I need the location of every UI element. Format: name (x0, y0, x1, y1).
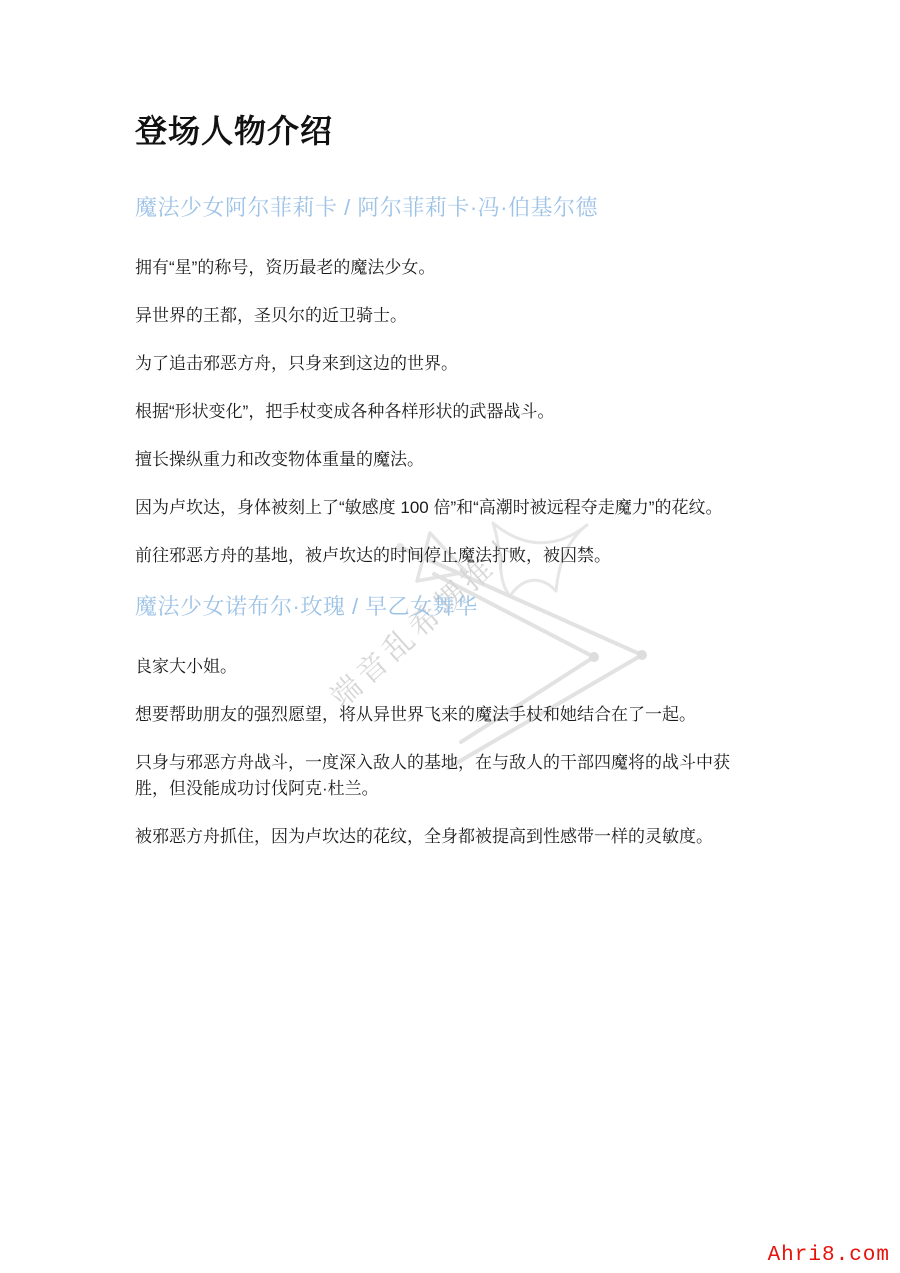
paragraph: 根据“形状变化”，把手杖变成各种各样形状的武器战斗。 (135, 399, 750, 425)
paragraph: 被邪恶方舟抓住，因为卢坎达的花纹，全身都被提高到性感带一样的灵敏度。 (135, 824, 750, 850)
paragraph: 只身与邪恶方舟战斗，一度深入敌人的基地，在与敌人的干部四魔将的战斗中获胜，但没能… (135, 750, 750, 802)
page-title: 登场人物介绍 (135, 112, 750, 150)
paragraph: 良家大小姐。 (135, 654, 750, 680)
section-heading-noble-rose: 魔法少女诺布尔·玫瑰 / 早乙女舞华 (135, 593, 750, 620)
paragraph: 擅长操纵重力和改变物体重量的魔法。 (135, 447, 750, 473)
paragraph: 拥有“星”的称号，资历最老的魔法少女。 (135, 255, 750, 281)
section-heading-alfreika: 魔法少女阿尔菲莉卡 / 阿尔菲莉卡·冯·伯基尔德 (135, 194, 750, 221)
paragraph: 想要帮助朋友的强烈愿望，将从异世界飞来的魔法手杖和她结合在了一起。 (135, 702, 750, 728)
document-page: 端音乱希甥推人 登场人物介绍 魔法少女阿尔菲莉卡 / 阿尔菲莉卡·冯·伯基尔德 … (0, 0, 900, 1273)
paragraph: 异世界的王都，圣贝尔的近卫骑士。 (135, 303, 750, 329)
paragraph: 因为卢坎达，身体被刻上了“敏感度 100 倍”和“高潮时被远程夺走魔力”的花纹。 (135, 495, 750, 521)
paragraph: 前往邪恶方舟的基地，被卢坎达的时间停止魔法打败，被囚禁。 (135, 543, 750, 569)
site-watermark-link: Ahri8.com (768, 1244, 890, 1267)
paragraph: 为了追击邪恶方舟，只身来到这边的世界。 (135, 351, 750, 377)
document-content: 登场人物介绍 魔法少女阿尔菲莉卡 / 阿尔菲莉卡·冯·伯基尔德 拥有“星”的称号… (0, 0, 900, 850)
